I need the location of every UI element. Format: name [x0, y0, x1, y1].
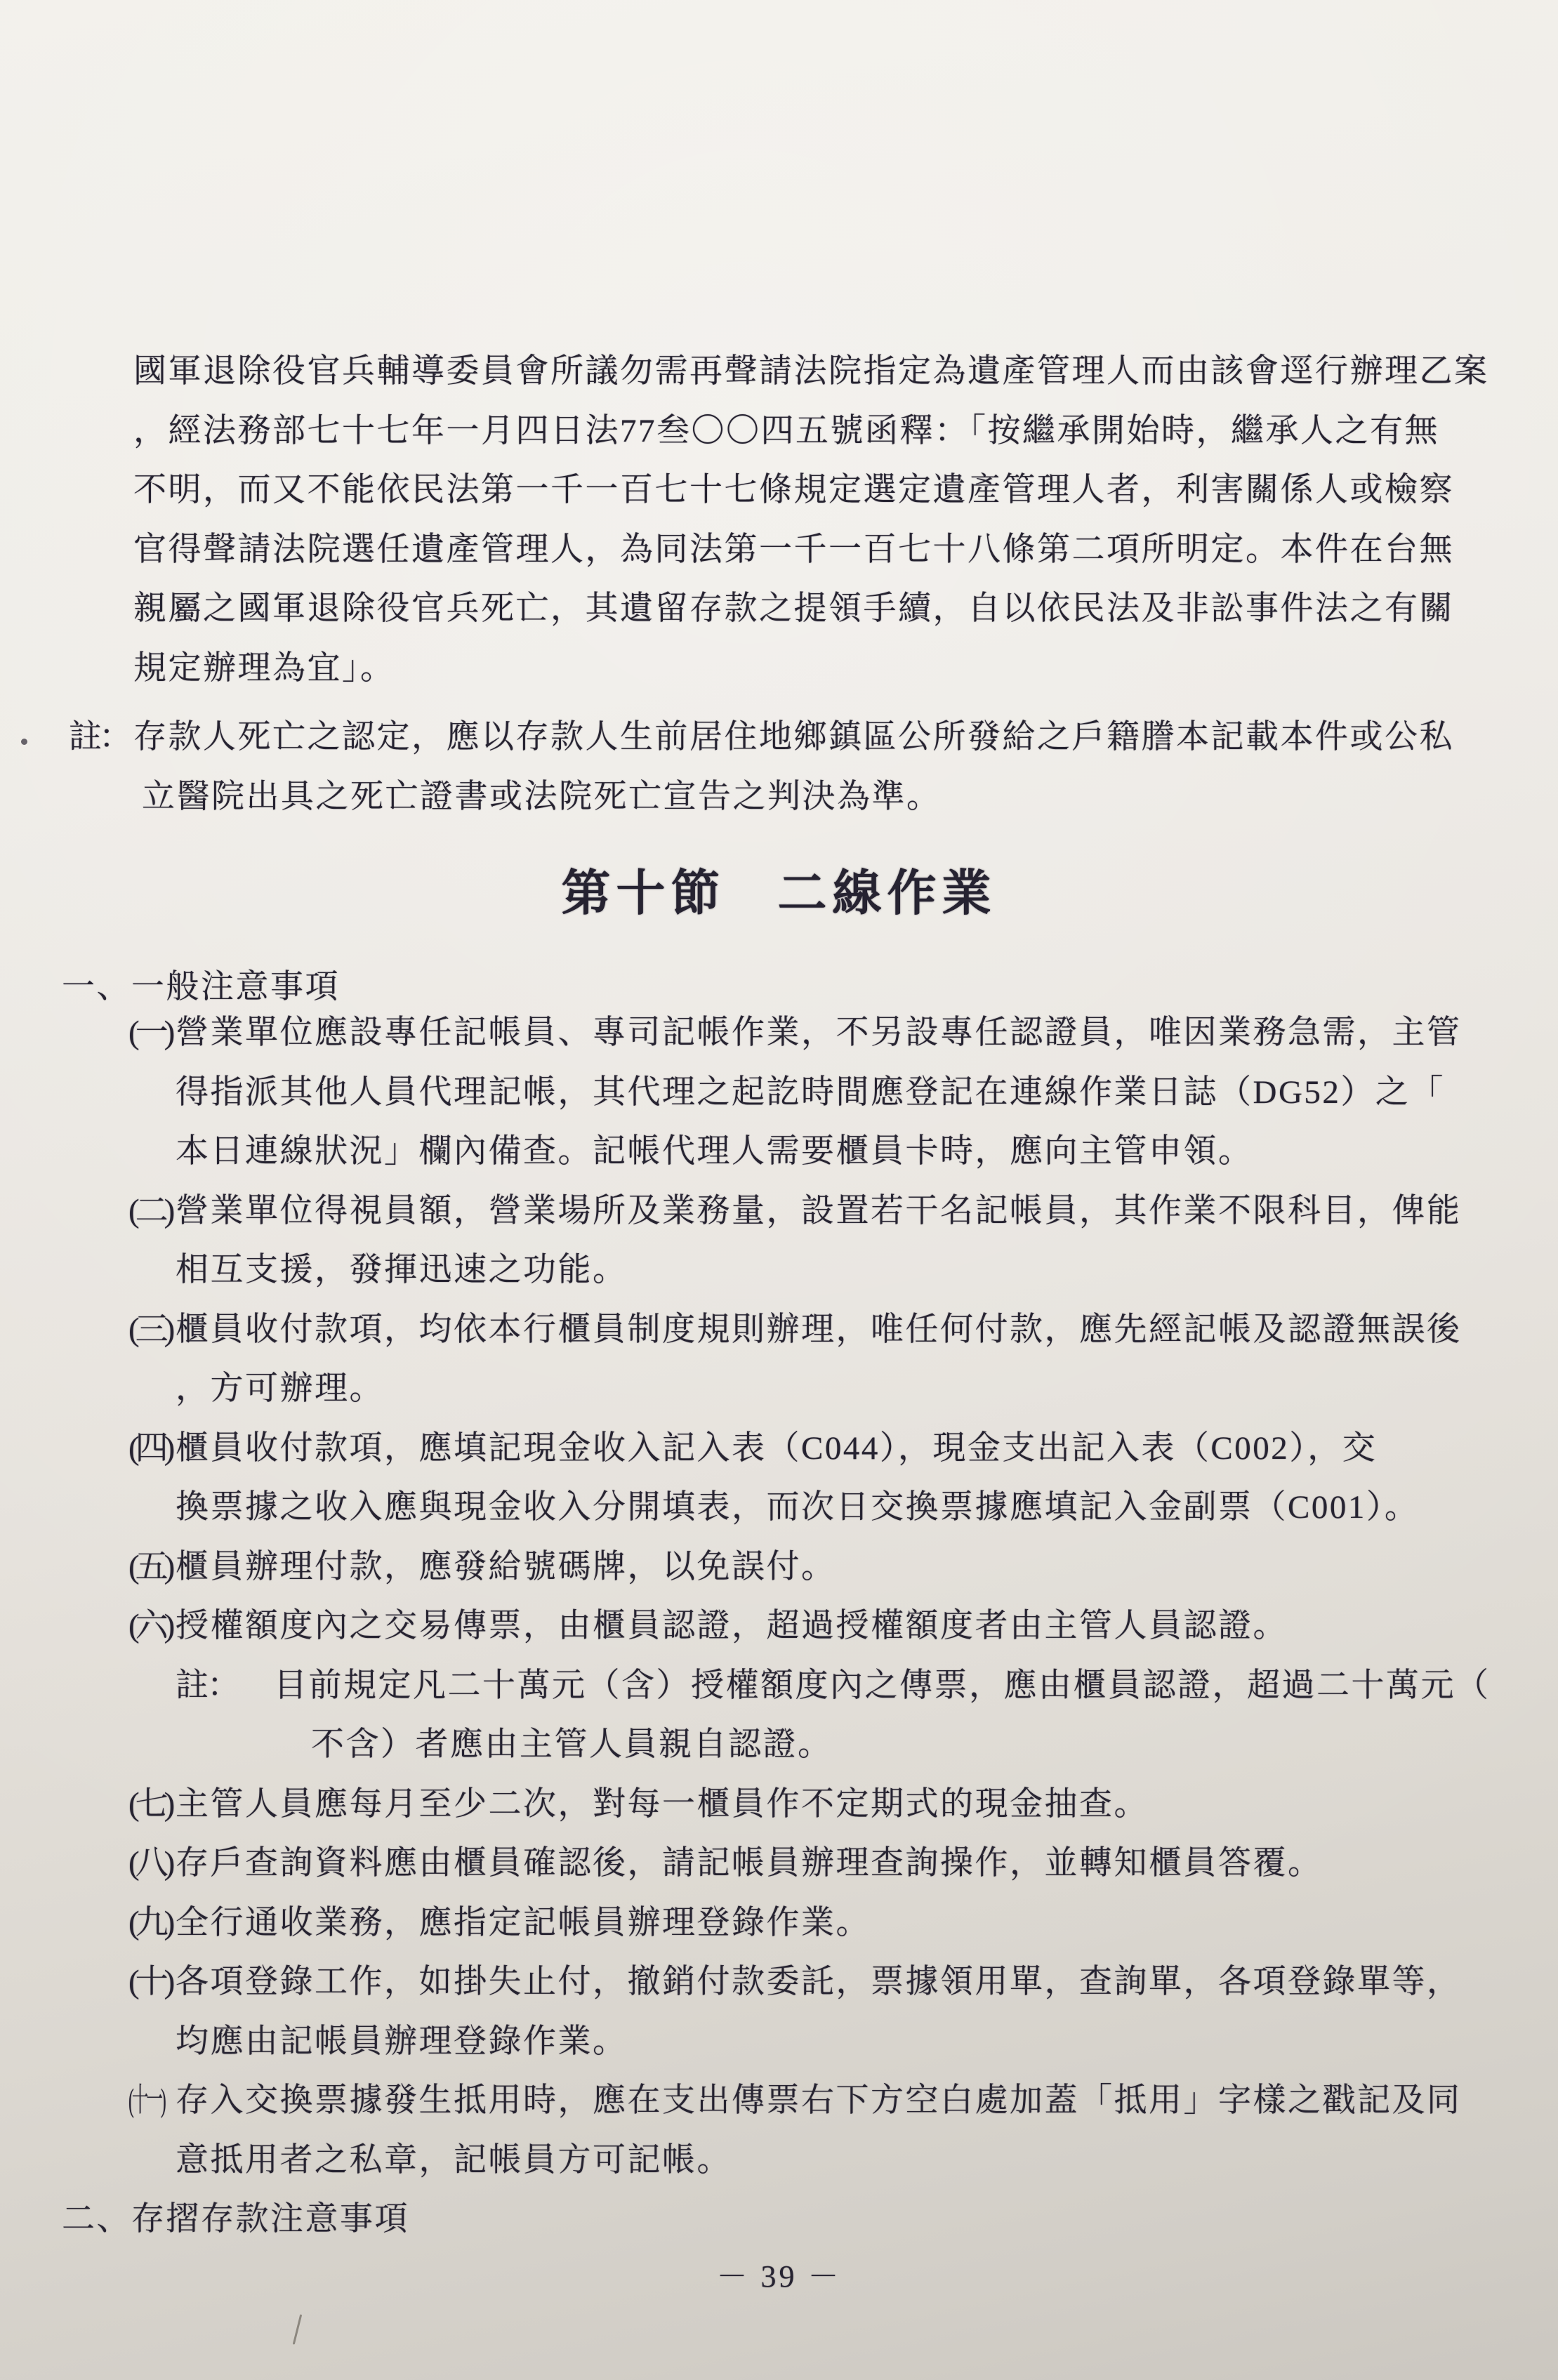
item-text: 存入交換票據發生抵用時，應在支出傳票右下方空白處加蓋「抵用」字樣之戳記及同	[176, 2082, 1462, 2119]
note-text: 存款人死亡之認定，應以存款人生前居住地鄉鎮區公所發給之戶籍謄本記載本件或公私	[133, 719, 1454, 755]
item-line: (十)各項登錄工作，如掛失止付，撤銷付款委託，票據領用單，查詢單，各項登錄單等，	[0, 1952, 1558, 2012]
item-line: (三)櫃員收付款項，均依本行櫃員制度規則辦理，唯任何付款，應先經記帳及認證無誤後	[0, 1300, 1558, 1360]
item-line: 相互支援，發揮迅速之功能。	[0, 1241, 1558, 1300]
item-line: (五)櫃員辦理付款，應發給號碼牌，以免誤付。	[0, 1538, 1558, 1597]
paragraph-line: 親屬之國軍退除役官兵死亡，其遺留存款之提領手續，自以依民法及非訟事件法之有關	[133, 579, 1531, 639]
item-marker: (六)	[128, 1596, 176, 1656]
item-marker: (三)	[128, 1300, 176, 1360]
item-marker: (十)	[128, 1952, 176, 2012]
item-marker: (十一)	[128, 2071, 152, 2131]
item-marker: (八)	[128, 1834, 176, 1893]
item-marker: (五)	[128, 1538, 176, 1597]
item-line: 均應由記帳員辦理登錄作業。	[0, 2012, 1558, 2072]
item-text: 全行通收業務，應指定記帳員辦理登錄作業。	[176, 1905, 871, 1941]
section-title: 第十節二線作業	[0, 861, 1558, 928]
item-line: (七)主管人員應每月至少二次，對每一櫃員作不定期式的現金抽查。	[0, 1775, 1558, 1834]
item-text: 營業單位應設專任記帳員、專司記帳作業，不另設專任認證員，唯因業務急需，主管	[176, 1014, 1462, 1051]
item-text: 櫃員辦理付款，應發給號碼牌，以免誤付。	[176, 1549, 836, 1585]
note-line: 立醫院出具之死亡證書或法院死亡宣告之判決為準。	[69, 767, 1515, 827]
paragraph-line: 不明，而又不能依民法第一千一百七十七條規定選定遺產管理人者，利害關係人或檢察	[133, 461, 1531, 520]
item-line: (一)營業單位應設專任記帳員、專司記帳作業，不另設專任認證員，唯因業務急需，主管	[0, 1003, 1558, 1063]
note-label: 註：	[69, 708, 133, 767]
item-line: ，方可辦理。	[0, 1359, 1558, 1419]
item-line: (十一)存入交換票據發生抵用時，應在支出傳票右下方空白處加蓋「抵用」字樣之戳記及…	[0, 2071, 1558, 2131]
continuation-paragraph: 國軍退除役官兵輔導委員會所議勿需再聲請法院指定為遺產管理人而由該會逕行辦理乙案 …	[133, 342, 1531, 698]
item-marker: (四)	[128, 1419, 176, 1479]
item-line: 本日連線狀況」欄內備查。記帳代理人需要櫃員卡時，應向主管申領。	[0, 1122, 1558, 1182]
heading-passbook-notes: 二、存摺存款注意事項	[0, 2190, 1558, 2249]
item-marker: (九)	[128, 1893, 176, 1953]
section-title-number: 第十節	[562, 867, 726, 921]
items-list: (一)營業單位應設專任記帳員、專司記帳作業，不另設專任認證員，唯因業務急需，主管…	[0, 1003, 1558, 2249]
item-line: 換票據之收入應與現金收入分開填表，而次日交換票據應填記入金副票（C001）。	[0, 1478, 1558, 1538]
page-number: － 39 －	[0, 2251, 1558, 2296]
item-note-text: 目前規定凡二十萬元（含）授權額度內之傳票，應由櫃員認證，超過二十萬元（	[274, 1667, 1491, 1704]
item-line: (二)營業單位得視員額，營業場所及業務量，設置若干名記帳員，其作業不限科目，俾能	[0, 1182, 1558, 1241]
paragraph-line: 國軍退除役官兵輔導委員會所議勿需再聲請法院指定為遺產管理人而由該會逕行辦理乙案	[133, 342, 1531, 402]
item-text: 櫃員收付款項，均依本行櫃員制度規則辦理，唯任何付款，應先經記帳及認證無誤後	[176, 1311, 1462, 1348]
section-title-name: 二線作業	[778, 867, 997, 921]
item-line: (八)存戶查詢資料應由櫃員確認後，請記帳員辦理查詢操作，並轉知櫃員答覆。	[0, 1834, 1558, 1893]
item-marker: (七)	[128, 1775, 176, 1834]
item-line: 得指派其他人員代理記帳，其代理之起訖時間應登記在連線作業日誌（DG52）之「	[0, 1063, 1558, 1123]
paragraph-line: 規定辦理為宜」。	[133, 639, 1531, 699]
paragraph-line: ，經法務部七十七年一月四日法77叁〇〇四五號函釋：「按繼承開始時，繼承人之有無	[133, 402, 1531, 461]
item-text: 各項登錄工作，如掛失止付，撤銷付款委託，票據領用單，查詢單，各項登錄單等，	[176, 1964, 1462, 2000]
note-line: 註：存款人死亡之認定，應以存款人生前居住地鄉鎮區公所發給之戶籍謄本記載本件或公私	[69, 708, 1515, 767]
item-note-line: 不含）者應由主管人員親自認證。	[0, 1715, 1558, 1775]
item-text: 授權額度內之交易傳票，由櫃員認證，超過授權額度者由主管人員認證。	[176, 1608, 1288, 1644]
scan-hairline	[293, 2314, 303, 2344]
item-text: 存戶查詢資料應由櫃員確認後，請記帳員辦理查詢操作，並轉知櫃員答覆。	[176, 1845, 1323, 1882]
item-marker: (二)	[128, 1182, 176, 1241]
paragraph-line: 官得聲請法院選任遺產管理人，為同法第一千一百七十八條第二項所明定。本件在台無	[133, 520, 1531, 580]
item-marker: (一)	[128, 1003, 176, 1063]
item-line: 意抵用者之私章，記帳員方可記帳。	[0, 2131, 1558, 2190]
item-line: (九)全行通收業務，應指定記帳員辦理登錄作業。	[0, 1893, 1558, 1953]
note-block: 註：存款人死亡之認定，應以存款人生前居住地鄉鎮區公所發給之戶籍謄本記載本件或公私…	[69, 708, 1515, 826]
item-text: 主管人員應每月至少二次，對每一櫃員作不定期式的現金抽查。	[176, 1786, 1149, 1823]
item-text: 營業單位得視員額，營業場所及業務量，設置若干名記帳員，其作業不限科目，俾能	[176, 1193, 1462, 1229]
item-text: 櫃員收付款項，應填記現金收入記入表（C044），現金支出記入表（C002），交	[176, 1430, 1377, 1467]
item-note-line: 註：目前規定凡二十萬元（含）授權額度內之傳票，應由櫃員認證，超過二十萬元（	[0, 1656, 1558, 1716]
item-line: (四)櫃員收付款項，應填記現金收入記入表（C044），現金支出記入表（C002）…	[0, 1419, 1558, 1479]
scanned-document-page: 國軍退除役官兵輔導委員會所議勿需再聲請法院指定為遺產管理人而由該會逕行辦理乙案 …	[0, 0, 1558, 2380]
item-line: (六)授權額度內之交易傳票，由櫃員認證，超過授權額度者由主管人員認證。	[0, 1596, 1558, 1656]
item-note-label: 註：	[176, 1656, 274, 1716]
scan-speck	[21, 739, 27, 745]
